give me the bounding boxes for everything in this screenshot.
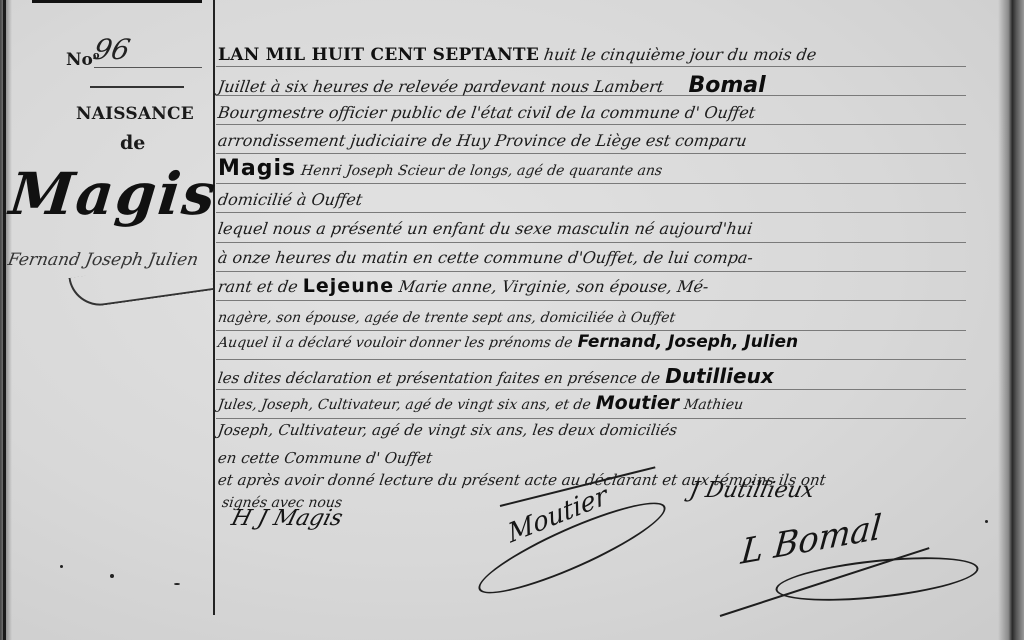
body-line-9: rant et de Lejeune Marie anne, Virginie,… bbox=[218, 275, 709, 297]
handwritten-text: rant et de bbox=[217, 277, 299, 296]
handwritten-text: nagère, son épouse, agée de trente sept … bbox=[217, 310, 676, 326]
handwritten-text: Jules, Joseph, Cultivateur, agé de vingt… bbox=[217, 397, 592, 413]
handwritten-text: Joseph, Cultivateur, agé de vingt six an… bbox=[217, 421, 679, 439]
handwritten-text: arrondissement judiciaire de Huy Provinc… bbox=[217, 131, 748, 150]
body-line-8: à onze heures du matin en cette commune … bbox=[218, 248, 753, 267]
body-line-2: Juillet à six heures de relevée pardevan… bbox=[218, 73, 766, 98]
ink-speck bbox=[60, 565, 63, 568]
page-left-border bbox=[3, 0, 6, 640]
ink-speck bbox=[985, 520, 988, 523]
ruled-line bbox=[216, 212, 966, 213]
body-line-14: Joseph, Cultivateur, agé de vingt six an… bbox=[218, 420, 677, 439]
body-line-6: domicilié à Ouffet bbox=[218, 190, 362, 209]
handwritten-text: lequel nous a présenté un enfant du sexe… bbox=[217, 219, 754, 238]
body-line-15: en cette Commune d' Ouffet bbox=[218, 448, 432, 467]
handwritten-text: domicilié à Ouffet bbox=[217, 190, 364, 209]
body-line-10: nagère, son épouse, agée de trente sept … bbox=[218, 307, 675, 326]
ruled-line bbox=[216, 183, 966, 184]
page-binding-edge bbox=[998, 0, 1024, 640]
ruled-line bbox=[216, 242, 966, 243]
margin-rule bbox=[213, 0, 215, 615]
officer-surname: Bomal bbox=[688, 73, 765, 98]
section-de: de bbox=[120, 132, 145, 154]
signature-declarant: H J Magis bbox=[229, 506, 346, 531]
witness-1-surname: Dutillieux bbox=[665, 364, 774, 388]
handwritten-text: en cette Commune d' Ouffet bbox=[217, 449, 434, 467]
body-line-1: LAN MIL HUIT CENT SEPTANTE huit le cinqu… bbox=[218, 45, 817, 65]
top-border-bar bbox=[32, 0, 202, 3]
ink-speck bbox=[110, 574, 114, 578]
ruled-line bbox=[216, 418, 966, 419]
body-line-7: lequel nous a présenté un enfant du sexe… bbox=[218, 219, 752, 238]
ruled-line bbox=[216, 389, 966, 390]
ruled-line bbox=[216, 271, 966, 272]
margin-surname: Magis bbox=[6, 160, 220, 228]
handwritten-text: Bourgmestre officier public de l'état ci… bbox=[217, 103, 757, 122]
handwritten-text: Mathieu bbox=[683, 397, 744, 413]
father-surname: Magis bbox=[218, 156, 296, 181]
body-line-5: Magis Henri Joseph Scieur de longs, agé … bbox=[218, 156, 662, 181]
printed-year-text: LAN MIL HUIT CENT SEPTANTE bbox=[218, 45, 539, 65]
ruled-line bbox=[216, 330, 966, 331]
handwritten-text: à onze heures du matin en cette commune … bbox=[217, 248, 755, 267]
entry-number-underline bbox=[94, 67, 202, 68]
child-given-names: Fernand, Joseph, Julien bbox=[578, 332, 798, 352]
handwritten-text: Henri Joseph Scieur de longs, agé de qua… bbox=[300, 163, 663, 179]
witness-2-surname: Moutier bbox=[596, 392, 679, 414]
ruled-line bbox=[216, 300, 966, 301]
body-line-11: Auquel il a déclaré vouloir donner les p… bbox=[218, 332, 798, 352]
ink-speck bbox=[174, 583, 180, 585]
page-left-shadow bbox=[0, 0, 12, 640]
handwritten-text: Marie anne, Virginie, son épouse, Mé- bbox=[398, 277, 710, 296]
ruled-line bbox=[216, 153, 966, 154]
mother-surname: Lejeune bbox=[303, 275, 394, 297]
body-line-13: Jules, Joseph, Cultivateur, agé de vingt… bbox=[218, 392, 743, 414]
entry-number-value: 96 bbox=[90, 33, 133, 66]
ruled-line bbox=[216, 359, 966, 360]
ruled-line bbox=[216, 66, 966, 67]
section-title: NAISSANCE bbox=[76, 104, 194, 124]
handwritten-text: les dites déclaration et présentation fa… bbox=[217, 369, 662, 387]
body-line-12: les dites déclaration et présentation fa… bbox=[218, 364, 774, 388]
handwritten-text: huit le cinquième jour du mois de bbox=[543, 45, 818, 64]
register-page: Noo 96 NAISSANCE de Magis Fernand Joseph… bbox=[0, 0, 1024, 640]
handwritten-text: Auquel il a déclaré vouloir donner les p… bbox=[217, 335, 574, 351]
body-line-3: Bourgmestre officier public de l'état ci… bbox=[218, 103, 755, 122]
body-line-4: arrondissement judiciaire de Huy Provinc… bbox=[218, 131, 747, 150]
ruled-line bbox=[216, 124, 966, 125]
signature-witness-2: J Dutillieux bbox=[687, 478, 817, 503]
handwritten-text: Juillet à six heures de relevée pardevan… bbox=[217, 77, 665, 96]
entry-number-rule bbox=[90, 86, 184, 88]
